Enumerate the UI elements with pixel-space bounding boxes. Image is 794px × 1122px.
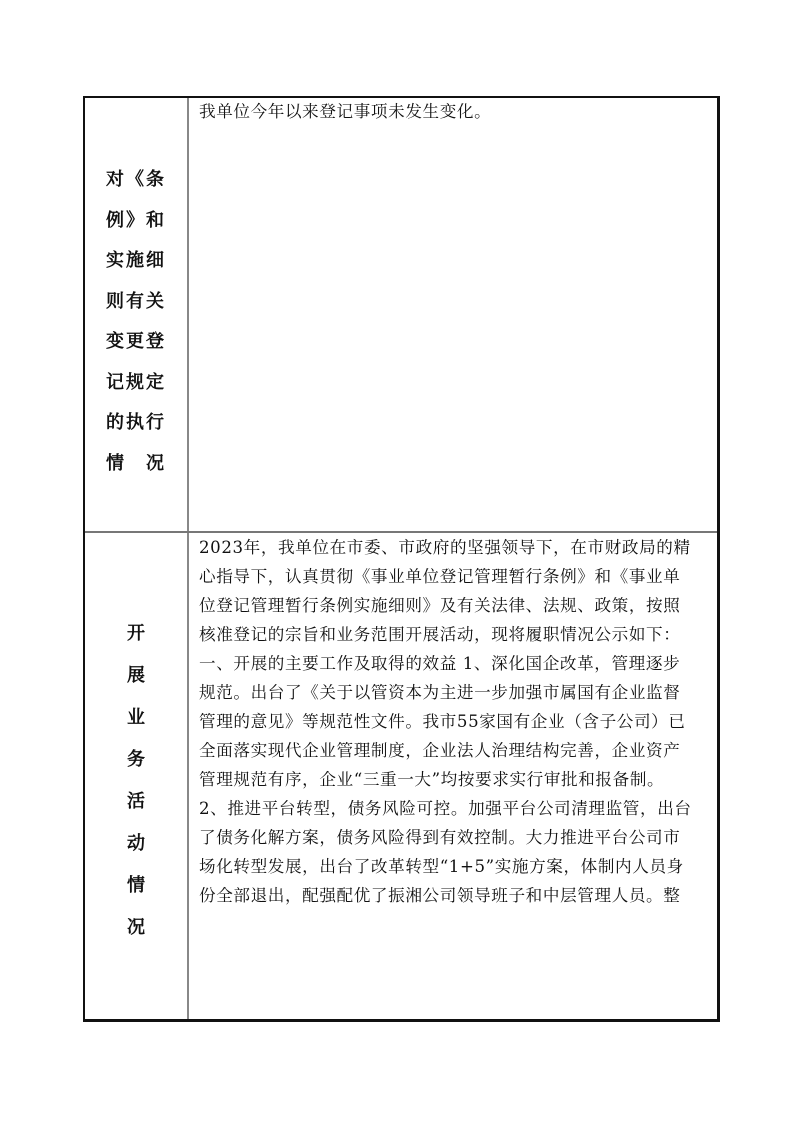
text-line: 规范。出台了《关于以管资本为主进一步加强市属国有企业监督 [199,678,713,707]
text-line: 份全部退出，配强配优了振湘公司领导班子和中层管理人员。整 [199,881,713,910]
text-line: 了债务化解方案，债务风险得到有效控制。大力推进平台公司市 [199,823,713,852]
content-cell-business-activities: 2023年，我单位在市委、市政府的坚强领导下，在市财政局的精 心指导下，认真贯彻… [189,533,717,1019]
content-cell-registration-changes: 我单位今年以来登记事项未发生变化。 [189,98,717,531]
heading-line: 业 [85,697,187,739]
heading-line: 情 [85,865,187,907]
heading-line: 的执行 [85,403,187,444]
heading-line: 况 [85,907,187,949]
text-line: 核准登记的宗旨和业务范围开展活动，现将履职情况公示如下： [199,620,713,649]
registration-changes-text: 我单位今年以来登记事项未发生变化。 [199,97,713,126]
row-heading: 开 展 业 务 活 动 情 况 [85,613,187,949]
heading-line: 变更登 [85,322,187,363]
text-line: 一、开展的主要工作及取得的效益 1、深化国企改革，管理逐步 [199,649,713,678]
heading-line: 务 [85,739,187,781]
label-cell-registration-changes: 对《条 例》和 实施细 则有关 变更登 记规定 的执行 情 况 [85,98,189,531]
business-activities-text: 2023年，我单位在市委、市政府的坚强领导下，在市财政局的精 心指导下，认真贯彻… [199,533,713,910]
heading-line: 活 [85,781,187,823]
table-row-registration-changes: 对《条 例》和 实施细 则有关 变更登 记规定 的执行 情 况 我单位今年以来登… [85,98,717,533]
text-line: 心指导下，认真贯彻《事业单位登记管理暂行条例》和《事业单 [199,562,713,591]
heading-line: 实施细 [85,241,187,282]
heading-line: 开 [85,613,187,655]
heading-line: 情 况 [85,444,187,485]
text-line: 位登记管理暂行条例实施细则》及有关法律、法规、政策，按照 [199,591,713,620]
heading-line: 记规定 [85,363,187,404]
heading-line: 动 [85,823,187,865]
text-line: 全面落实现代企业管理制度，企业法人治理结构完善，企业资产 [199,736,713,765]
heading-line: 例》和 [85,201,187,242]
text-line: 我单位今年以来登记事项未发生变化。 [199,97,713,126]
heading-line: 对《条 [85,160,187,201]
row-heading: 对《条 例》和 实施细 则有关 变更登 记规定 的执行 情 况 [85,160,187,484]
registration-report-table: 对《条 例》和 实施细 则有关 变更登 记规定 的执行 情 况 我单位今年以来登… [83,96,720,1022]
text-line: 2、推进平台转型，债务风险可控。加强平台公司清理监管，出台 [199,794,713,823]
heading-line: 展 [85,655,187,697]
text-line: 场化转型发展，出台了改革转型“1+5”实施方案，体制内人员身 [199,852,713,881]
text-line: 管理规范有序，企业“三重一大”均按要求实行审批和报备制。 [199,765,713,794]
text-line: 管理的意见》等规范性文件。我市55家国有企业（含子公司）已 [199,707,713,736]
text-line: 2023年，我单位在市委、市政府的坚强领导下，在市财政局的精 [199,533,713,562]
heading-line: 则有关 [85,282,187,323]
label-cell-business-activities: 开 展 业 务 活 动 情 况 [85,533,189,1019]
table-row-business-activities: 开 展 业 务 活 动 情 况 2023年，我单位在市委、市政府的坚强领导下，在… [85,533,717,1019]
